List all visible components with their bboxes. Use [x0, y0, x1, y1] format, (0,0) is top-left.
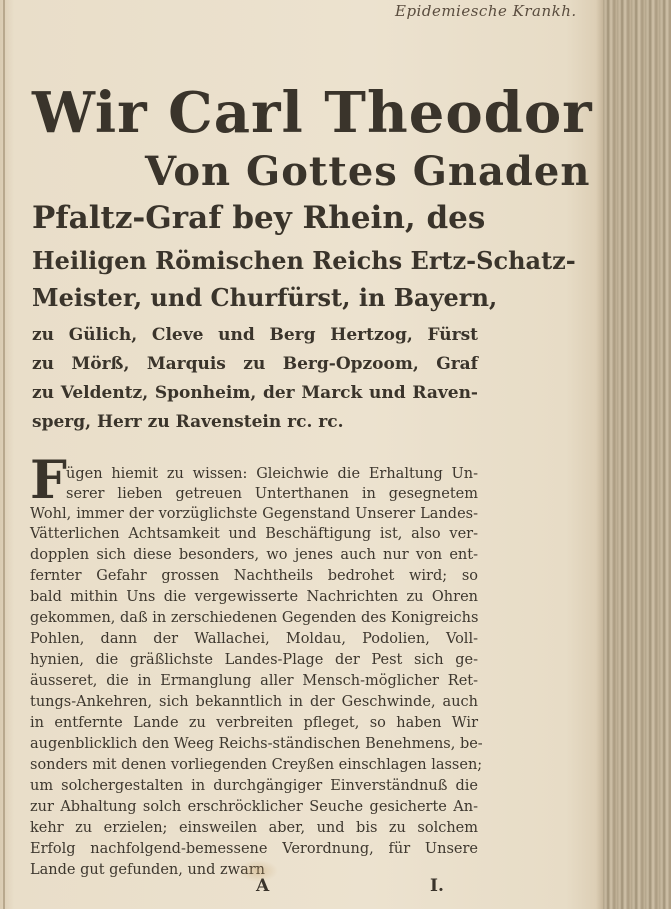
body-line: in entfernte Lande zu verbreiten pfleget…: [30, 715, 478, 731]
body-line: gekommen, daß in zerschiedenen Gegenden …: [30, 610, 478, 626]
title-line-7: zu Mörß, Marquis zu Berg-Opzoom, Graf: [32, 354, 478, 374]
body-line: sonders mit denen vorliegenden Creyßen e…: [30, 757, 478, 773]
body-line: um solchergestalten in durchgängiger Ein…: [30, 778, 478, 794]
body-line: kehr zu erzielen; einsweilen aber, und b…: [30, 820, 478, 836]
title-line-2: Von Gottes Gnaden: [145, 148, 590, 195]
title-line-6: zu Gülich, Cleve und Berg Hertzog, Fürst: [32, 325, 478, 345]
body-line: Vätterlichen Achtsamkeit und Beschäftigu…: [30, 526, 478, 542]
page-edge: [3, 0, 5, 909]
body-line: Erfolg nachfolgend-bemessene Verordnung,…: [30, 841, 478, 857]
body-line: dopplen sich diese besonders, wo jenes a…: [30, 547, 478, 563]
catchword: I.: [430, 876, 444, 896]
body-line: ügen hiemit zu wissen: Gleichwie die Erh…: [66, 466, 478, 482]
title-line-9: sperg, Herr zu Ravenstein rc. rc.: [32, 412, 478, 432]
body-line: Wohl, immer der vorzüglichste Gegenstand…: [30, 506, 478, 522]
body-line: fernter Gefahr grossen Nachtheils bedroh…: [30, 568, 478, 584]
body-line: tungs-Ankehren, sich bekanntlich in der …: [30, 694, 478, 710]
body-line: bald mithin Uns die vergewisserte Nachri…: [30, 589, 478, 605]
title-line-5: Meister, und Churfürst, in Bayern,: [32, 283, 478, 312]
body-line: hynien, die gräßlichste Landes-Plage der…: [30, 652, 478, 668]
handwritten-note: Epidemiesche Krankh.: [395, 2, 615, 28]
drop-cap: F: [30, 455, 67, 507]
body-line: serer lieben getreuen Unterthanen in ges…: [66, 486, 478, 502]
book-spine: [603, 0, 671, 909]
title-line-8: zu Veldentz, Sponheim, der Marck und Rav…: [32, 383, 478, 403]
body-line: äusseret, die in Ermanglung aller Mensch…: [30, 673, 478, 689]
body-line: zur Abhaltung solch erschröcklicher Seuc…: [30, 799, 478, 815]
signature-mark: A: [256, 876, 269, 896]
body-line: Pohlen, dann der Wallachei, Moldau, Podo…: [30, 631, 478, 647]
title-line-4: Heiligen Römischen Reichs Ertz-Schatz-: [32, 246, 478, 275]
document-page: Epidemiesche Krankh. Wir Carl Theodor Vo…: [0, 0, 615, 909]
body-line: augenblicklich den Weeg Reichs-ständisch…: [30, 736, 478, 752]
title-line-1: Wir Carl Theodor: [32, 80, 593, 146]
title-line-3: Pfaltz-Graf bey Rhein, des: [32, 200, 478, 236]
